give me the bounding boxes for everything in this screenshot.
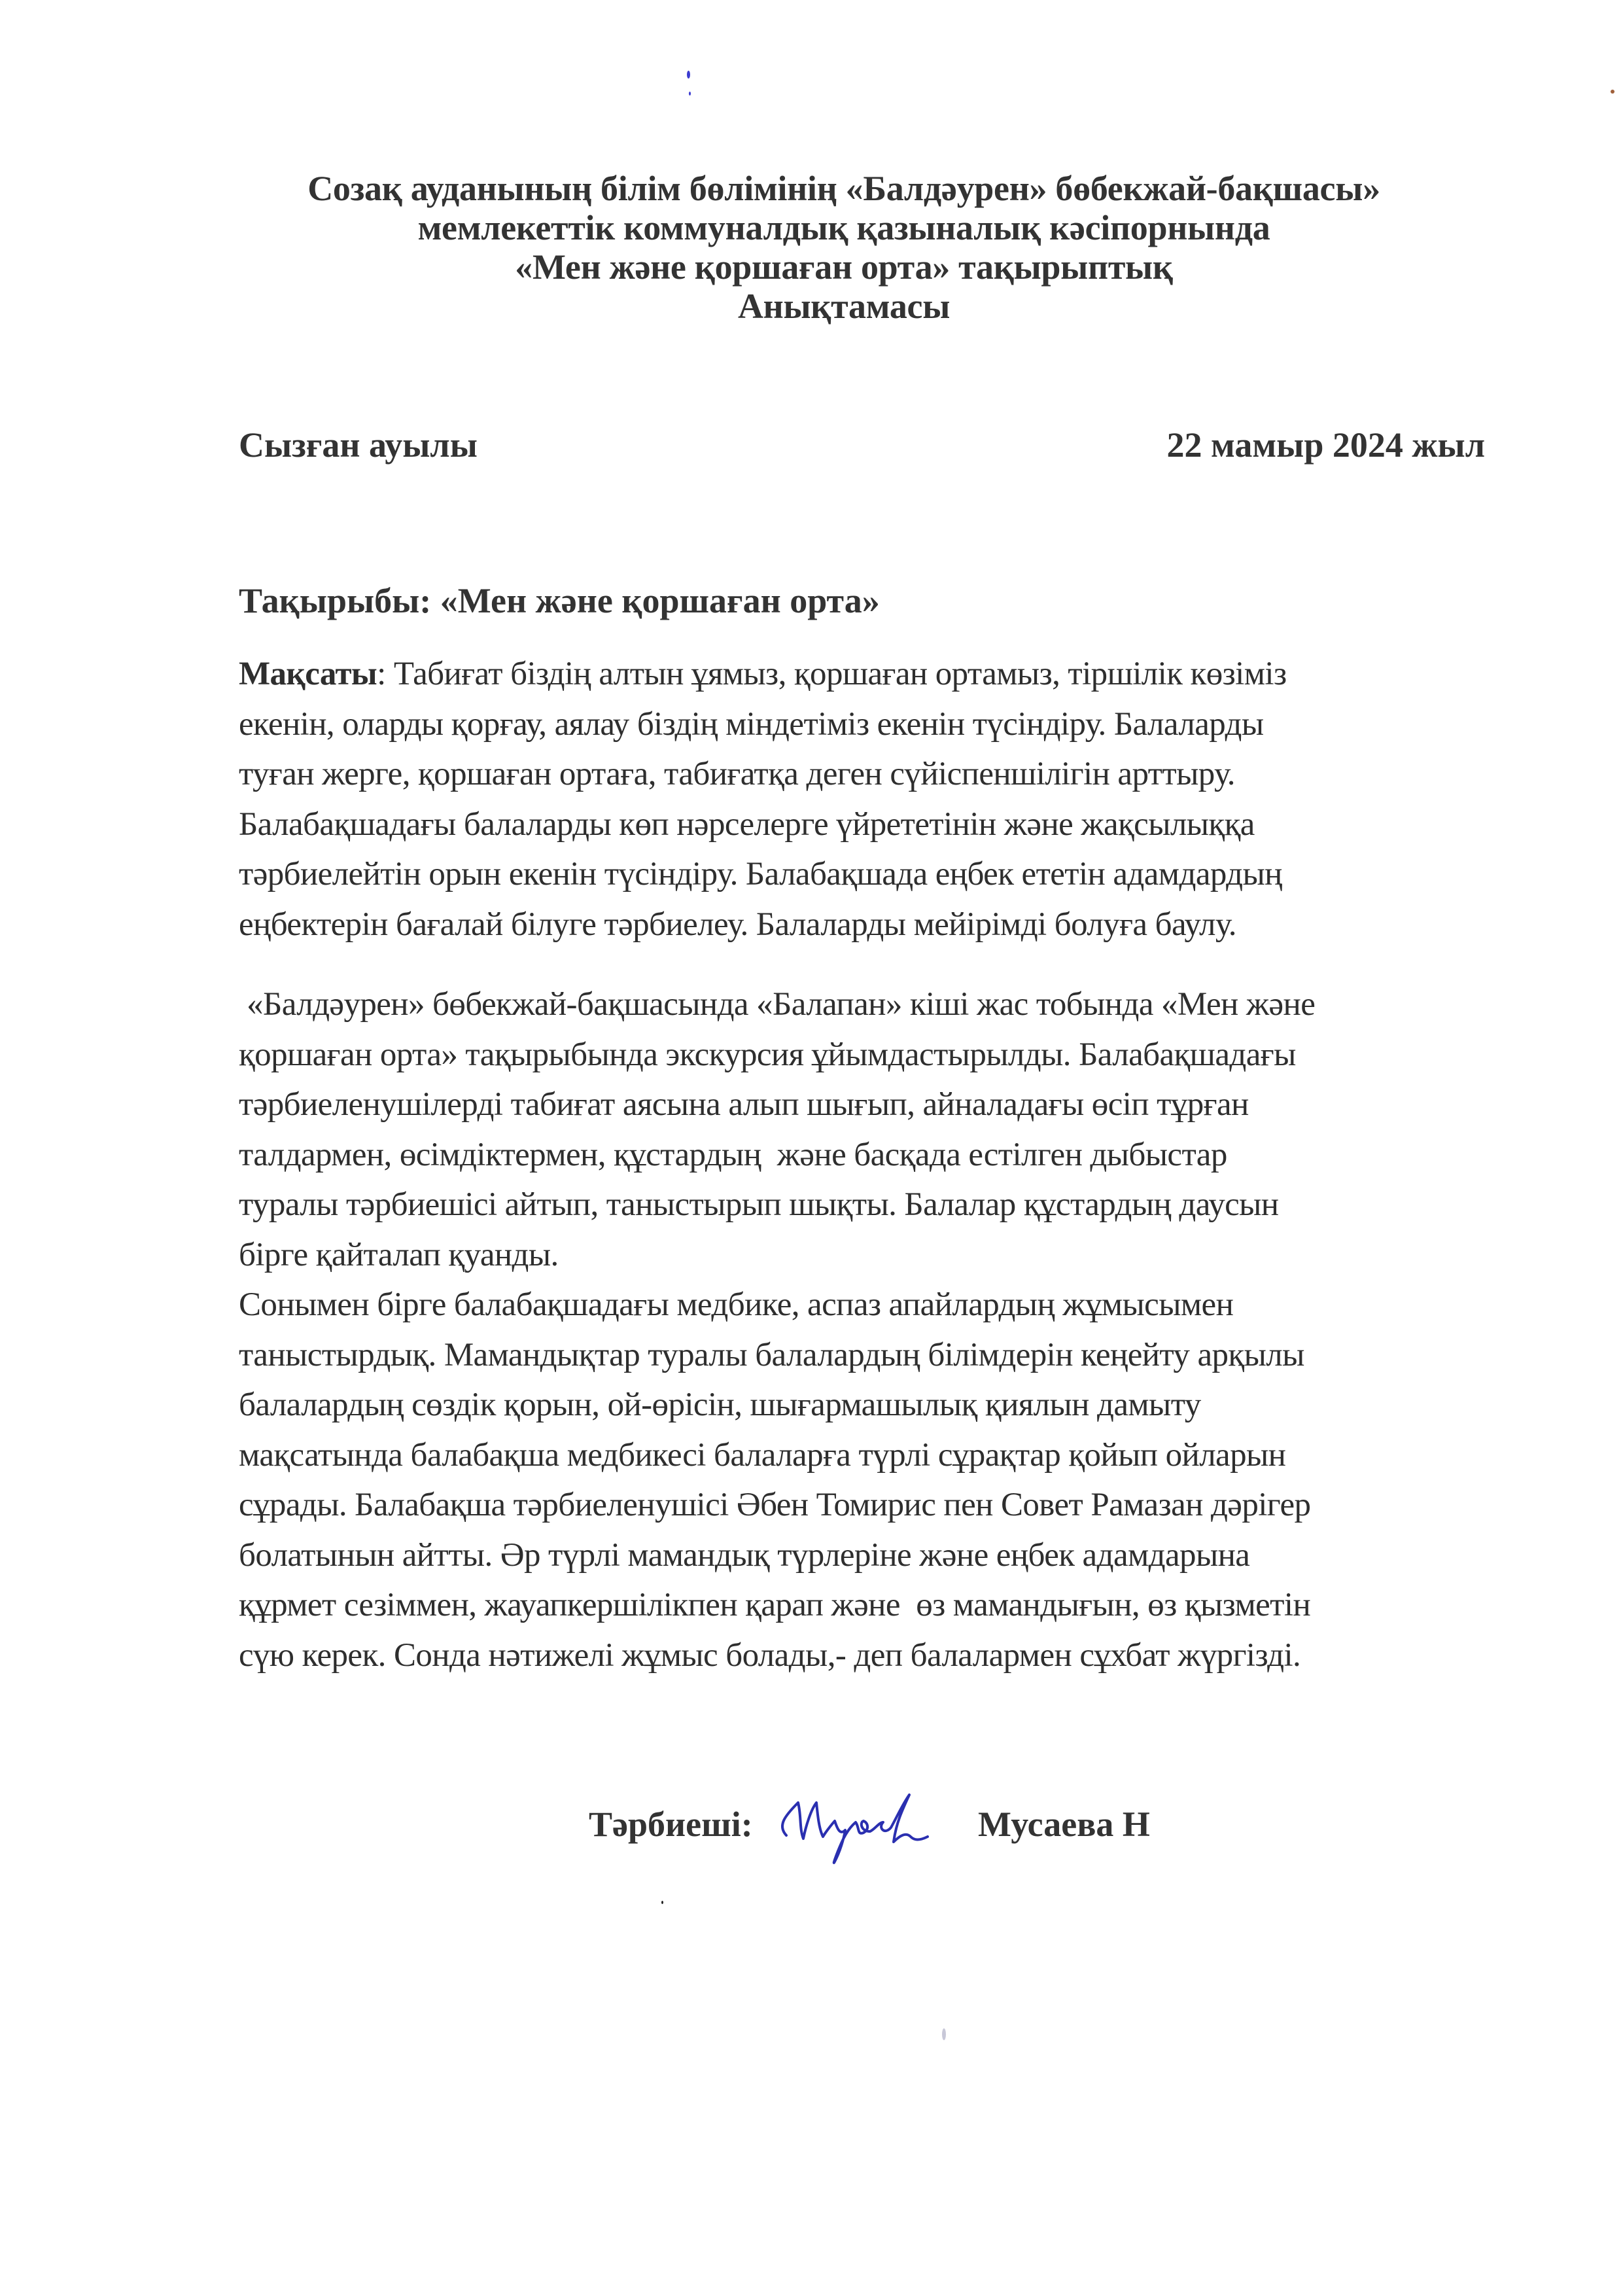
scan-speck bbox=[661, 1901, 663, 1904]
document-page: Созақ ауданының білім бөлімінің «Балдәур… bbox=[0, 0, 1623, 2296]
place-date-row: Сызған ауылы 22 мамыр 2024 жыл bbox=[239, 425, 1485, 465]
goal-paragraph: Мақсаты: Табиғат біздің алтын ұямыз, қор… bbox=[239, 649, 1485, 949]
goal-line: Мақсаты: Табиғат біздің алтын ұямыз, қор… bbox=[239, 649, 1485, 699]
handwritten-signature-icon bbox=[772, 1790, 968, 1868]
place-label: Сызған ауылы bbox=[239, 425, 478, 465]
topic-heading: Тақырыбы: «Мен және қоршаған орта» bbox=[239, 581, 880, 620]
description-line: бірге қайталап қуанды. bbox=[239, 1230, 1485, 1280]
goal-line: Балабақшадағы балаларды көп нәрселерге ү… bbox=[239, 800, 1485, 850]
scan-speck bbox=[689, 92, 691, 96]
description-line: туралы тәрбиешісі айтып, таныстырып шықт… bbox=[239, 1180, 1485, 1230]
header-line-2: мемлекеттік коммуналдық қазыналық кәсіпо… bbox=[196, 208, 1492, 247]
goal-label: Мақсаты bbox=[239, 656, 377, 692]
goal-line: тәрбиелейтін орын екенін түсіндіру. Бала… bbox=[239, 849, 1485, 900]
header-line-1: Созақ ауданының білім бөлімінің «Балдәур… bbox=[196, 169, 1492, 208]
goal-line: екенін, оларды қорғау, аялау біздің мінд… bbox=[239, 699, 1485, 750]
description-line: қоршаған орта» тақырыбында экскурсия ұйы… bbox=[239, 1030, 1485, 1080]
document-header: Созақ ауданының білім бөлімінің «Балдәур… bbox=[196, 169, 1492, 326]
header-line-3: «Мен және қоршаған орта» тақырыптық bbox=[196, 247, 1492, 287]
description-paragraph: «Балдәурен» бөбекжай-бақшасында «Балапан… bbox=[239, 980, 1485, 1680]
description-line: «Балдәурен» бөбекжай-бақшасында «Балапан… bbox=[239, 980, 1485, 1030]
description-line: мақсатында балабақша медбикесі балаларға… bbox=[239, 1430, 1485, 1481]
description-line: болатынын айтты. Әр түрлі мамандық түрле… bbox=[239, 1530, 1485, 1581]
signatory-name: Мусаева Н bbox=[978, 1804, 1150, 1845]
goal-first-line-text: : Табиғат біздің алтын ұямыз, қоршаған о… bbox=[377, 656, 1286, 692]
signature-block: Тәрбиеші: Мусаева Н bbox=[589, 1790, 1178, 1862]
description-line: тәрбиеленушілерді табиғат аясына алып шы… bbox=[239, 1080, 1485, 1130]
description-line: Сонымен бірге балабақшадағы медбике, асп… bbox=[239, 1280, 1485, 1330]
scan-speck bbox=[942, 2028, 946, 2040]
signature-role-label: Тәрбиеші: bbox=[589, 1804, 753, 1845]
scan-speck bbox=[687, 71, 690, 79]
description-line: балалардың сөздік қорын, ой-өрісін, шыға… bbox=[239, 1380, 1485, 1430]
description-line: сұрады. Балабақша тәрбиеленушісі Әбен То… bbox=[239, 1480, 1485, 1530]
goal-line: туған жерге, қоршаған ортаға, табиғатқа … bbox=[239, 749, 1485, 800]
date-label: 22 мамыр 2024 жыл bbox=[1166, 425, 1485, 465]
goal-line: еңбектерін бағалай білуге тәрбиелеу. Бал… bbox=[239, 900, 1485, 950]
document-title: Анықтамасы bbox=[196, 287, 1492, 326]
scan-speck bbox=[1611, 90, 1614, 94]
description-line: талдармен, өсімдіктермен, құстардың және… bbox=[239, 1130, 1485, 1180]
description-line: құрмет сезіммен, жауапкершілікпен қарап … bbox=[239, 1580, 1485, 1631]
description-line: сүю керек. Сонда нәтижелі жұмыс болады,-… bbox=[239, 1631, 1485, 1681]
description-line: таныстырдық. Мамандықтар туралы балалард… bbox=[239, 1330, 1485, 1381]
